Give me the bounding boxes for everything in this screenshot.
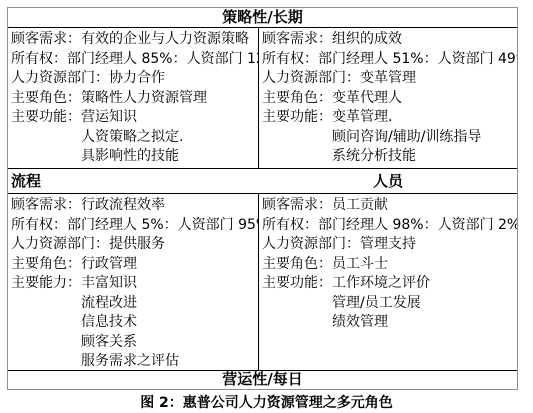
hr-roles-matrix-table: 策略性/长期 顾客需求：有效的企业与人力资源策略 所有权：部门经理人 85%：人… [7, 7, 518, 390]
process-ability-item: 流程改进 [11, 294, 256, 314]
strategic-customer-need: 顾客需求：有效的企业与人力资源策略 [11, 30, 256, 50]
people-function-item: 绩效管理 [262, 313, 515, 333]
change-function-item: 系统分析技能 [262, 147, 515, 167]
quadrant-strategic-hr: 顾客需求：有效的企业与人力资源策略 所有权：部门经理人 85%：人资部门 12%… [8, 28, 259, 168]
quadrant-people: 顾客需求：员工贡献 所有权：部门经理人 98%：人资部门 2% 人力资源部门：管… [259, 194, 517, 370]
process-ability-item: 顾客关系 [11, 333, 256, 353]
change-ownership: 所有权：部门经理人 51%：人资部门 49% [262, 50, 515, 70]
change-function-item: 顾问咨询/辅助/训练指导 [262, 128, 515, 148]
strategic-hr-department: 人力资源部门：协力合作 [11, 69, 256, 89]
people-hr-department: 人力资源部门：管理支持 [262, 235, 515, 255]
strategic-function-item: 具影响性的技能 [11, 147, 256, 167]
strategic-main-role: 主要角色：策略性人力资源管理 [11, 89, 256, 109]
process-main-role: 主要角色：行政管理 [11, 255, 256, 275]
strategic-main-function: 主要功能：营运知识 [11, 108, 256, 128]
process-customer-need: 顾客需求：行政流程效率 [11, 196, 256, 216]
process-ability-item: 服务需求之评估 [11, 352, 256, 370]
people-ownership: 所有权：部门经理人 98%：人资部门 2% [262, 216, 515, 236]
top-quadrants-row: 顾客需求：有效的企业与人力资源策略 所有权：部门经理人 85%：人资部门 12%… [8, 28, 517, 169]
quadrant-process: 顾客需求：行政流程效率 所有权：部门经理人 5%：人资部门 95% 人力资源部门… [8, 194, 259, 370]
strategic-function-item: 人资策略之拟定. [11, 128, 256, 148]
change-hr-department: 人力资源部门：变革管理 [262, 69, 515, 89]
people-function-item: 管理/员工发展 [262, 294, 515, 314]
axis-label-process: 流程 [8, 169, 259, 193]
process-hr-department: 人力资源部门：提供服务 [11, 235, 256, 255]
process-ability-item: 信息技术 [11, 313, 256, 333]
mid-axis-row: 流程 人员 [8, 169, 517, 194]
axis-label-operational-daily: 营运性/每日 [8, 371, 517, 389]
bottom-quadrants-row: 顾客需求：行政流程效率 所有权：部门经理人 5%：人资部门 95% 人力资源部门… [8, 194, 517, 371]
people-main-role: 主要角色：员工斗士 [262, 255, 515, 275]
strategic-ownership: 所有权：部门经理人 85%：人资部门 12% [11, 50, 256, 70]
people-customer-need: 顾客需求：员工贡献 [262, 196, 515, 216]
figure-caption: 图 2：惠普公司人力资源管理之多元角色 [0, 392, 533, 412]
axis-label-strategic-long-term: 策略性/长期 [8, 8, 517, 28]
change-main-role: 主要角色：变革代理人 [262, 89, 515, 109]
process-ownership: 所有权：部门经理人 5%：人资部门 95% [11, 216, 256, 236]
people-main-function: 主要功能：工作环境之评价 [262, 274, 515, 294]
axis-label-people: 人员 [259, 169, 517, 193]
change-main-function: 主要功能：变革管理. [262, 108, 515, 128]
process-main-ability: 主要能力：丰富知识 [11, 274, 256, 294]
change-customer-need: 顾客需求：组织的成效 [262, 30, 515, 50]
quadrant-change-management: 顾客需求：组织的成效 所有权：部门经理人 51%：人资部门 49% 人力资源部门… [259, 28, 517, 168]
